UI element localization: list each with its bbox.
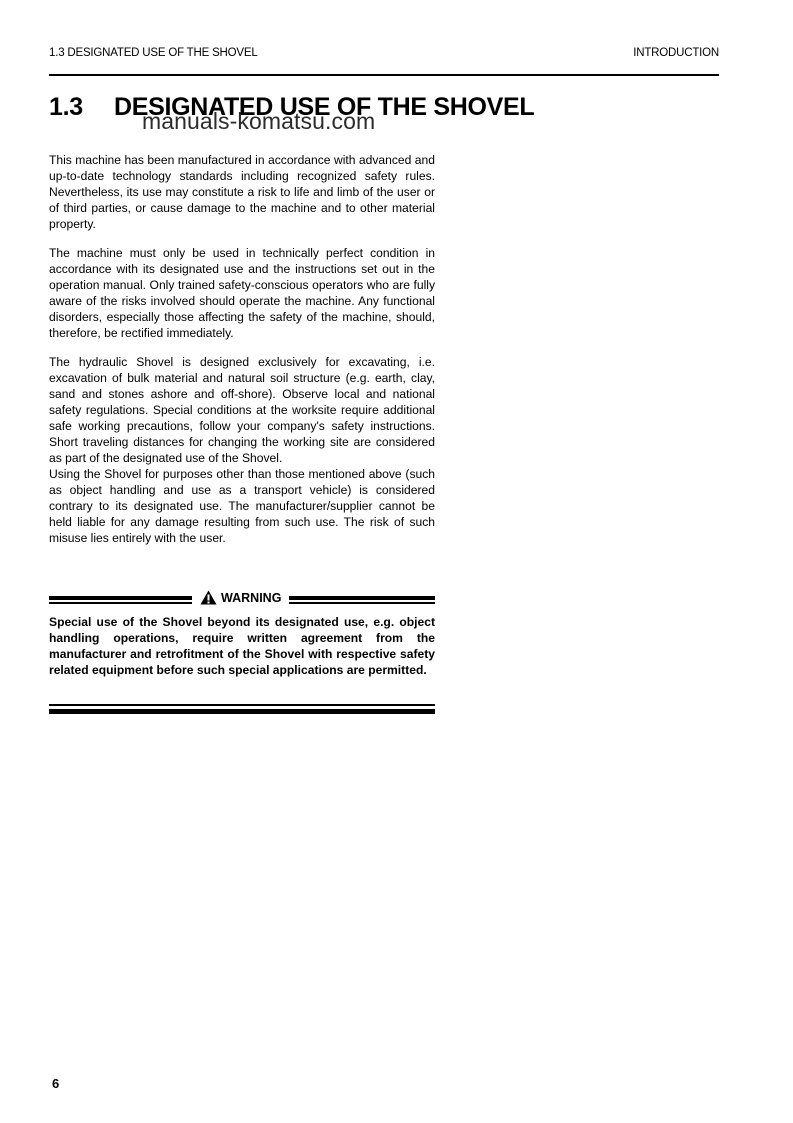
warning-rule-left xyxy=(49,596,192,604)
warning-rule-right xyxy=(289,596,435,604)
warning-header: WARNING xyxy=(49,590,435,606)
watermark: manuals-komatsu.com xyxy=(142,108,375,135)
section-number: 1.3 xyxy=(49,93,114,122)
page-number: 6 xyxy=(52,1076,59,1091)
paragraph: The hydraulic Shovel is designed exclusi… xyxy=(49,354,435,466)
warning-body: Special use of the Shovel beyond its des… xyxy=(49,614,435,678)
paragraph: The machine must only be used in technic… xyxy=(49,245,435,341)
paragraph: This machine has been manufactured in ac… xyxy=(49,152,435,232)
header-rule xyxy=(49,74,719,76)
body-text: This machine has been manufactured in ac… xyxy=(49,152,435,559)
warning-bottom-rule xyxy=(49,704,435,714)
paragraph: Using the Shovel for purposes other than… xyxy=(49,466,435,546)
running-header-section: 1.3 DESIGNATED USE OF THE SHOVEL xyxy=(49,47,258,59)
warning-text-label: WARNING xyxy=(221,591,281,605)
running-header-chapter: INTRODUCTION xyxy=(633,47,719,59)
warning-label: WARNING xyxy=(200,590,281,605)
warning-triangle-icon xyxy=(200,590,217,605)
